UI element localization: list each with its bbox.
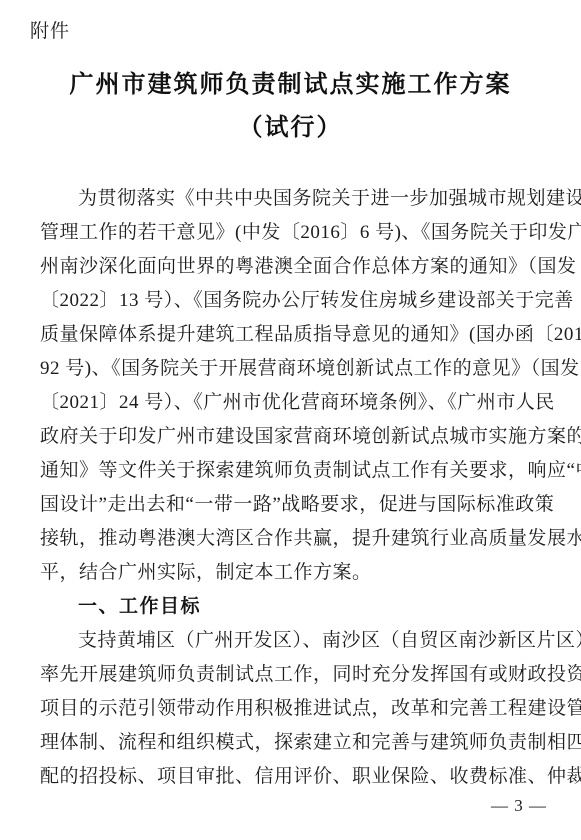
doc-line: 接轨，推动粤港澳大湾区合作共赢，提升建筑行业高质量发展水 bbox=[40, 522, 543, 556]
doc-line: 理体制、流程和组织模式，探索建立和完善与建筑师负责制相匹 bbox=[40, 726, 543, 760]
doc-line: 92 号)、《国务院关于开展营商环境创新试点工作的意见》（国发 bbox=[40, 352, 543, 386]
document-title-line2: （试行） bbox=[40, 107, 541, 150]
doc-line: 配的招投标、项目审批、信用评价、职业保险、收费标准、仲裁 bbox=[40, 760, 543, 794]
doc-line: 率先开展建筑师负责制试点工作，同时充分发挥国有或财政投资 bbox=[40, 658, 543, 692]
doc-line: 〔2021〕24 号）、《广州市优化营商环境条例》、《广州市人民 bbox=[40, 386, 543, 420]
document-body: 为贯彻落实《中共中央国务院关于进一步加强城市规划建设 管理工作的若干意见》(中发… bbox=[40, 182, 543, 794]
document-title: 广州市建筑师负责制试点实施工作方案 （试行） bbox=[40, 64, 541, 150]
page-number: — 3 — bbox=[491, 796, 547, 816]
doc-line: 质量保障体系提升建筑工程品质指导意见的通知》(国办函〔2019〕 bbox=[40, 318, 543, 352]
doc-line: 为贯彻落实《中共中央国务院关于进一步加强城市规划建设 bbox=[40, 182, 543, 216]
doc-line: 州南沙深化面向世界的粤港澳全面合作总体方案的通知》（国发 bbox=[40, 250, 543, 284]
document-page: 附件 广州市建筑师负责制试点实施工作方案 （试行） 为贯彻落实《中共中央国务院关… bbox=[0, 0, 581, 840]
doc-line: 〔2022〕13 号）、《国务院办公厅转发住房城乡建设部关于完善 bbox=[40, 284, 543, 318]
attachment-label: 附件 bbox=[30, 16, 70, 43]
doc-line: 项目的示范引领带动作用积极推进试点，改革和完善工程建设管 bbox=[40, 692, 543, 726]
doc-line: 支持黄埔区（广州开发区）、南沙区（自贸区南沙新区片区） bbox=[40, 624, 543, 658]
doc-line: 平，结合广州实际，制定本工作方案。 bbox=[40, 556, 543, 590]
section-heading-work-goals: 一、工作目标 bbox=[40, 590, 543, 624]
document-title-line1: 广州市建筑师负责制试点实施工作方案 bbox=[40, 64, 541, 107]
doc-line: 通知》等文件关于探索建筑师负责制试点工作有关要求，响应“中 bbox=[40, 454, 543, 488]
doc-line: 管理工作的若干意见》(中发〔2016〕6 号)、《国务院关于印发广 bbox=[40, 216, 543, 250]
doc-line: 国设计”走出去和“一带一路”战略要求，促进与国际标准政策 bbox=[40, 488, 543, 522]
doc-line: 政府关于印发广州市建设国家营商环境创新试点城市实施方案的 bbox=[40, 420, 543, 454]
